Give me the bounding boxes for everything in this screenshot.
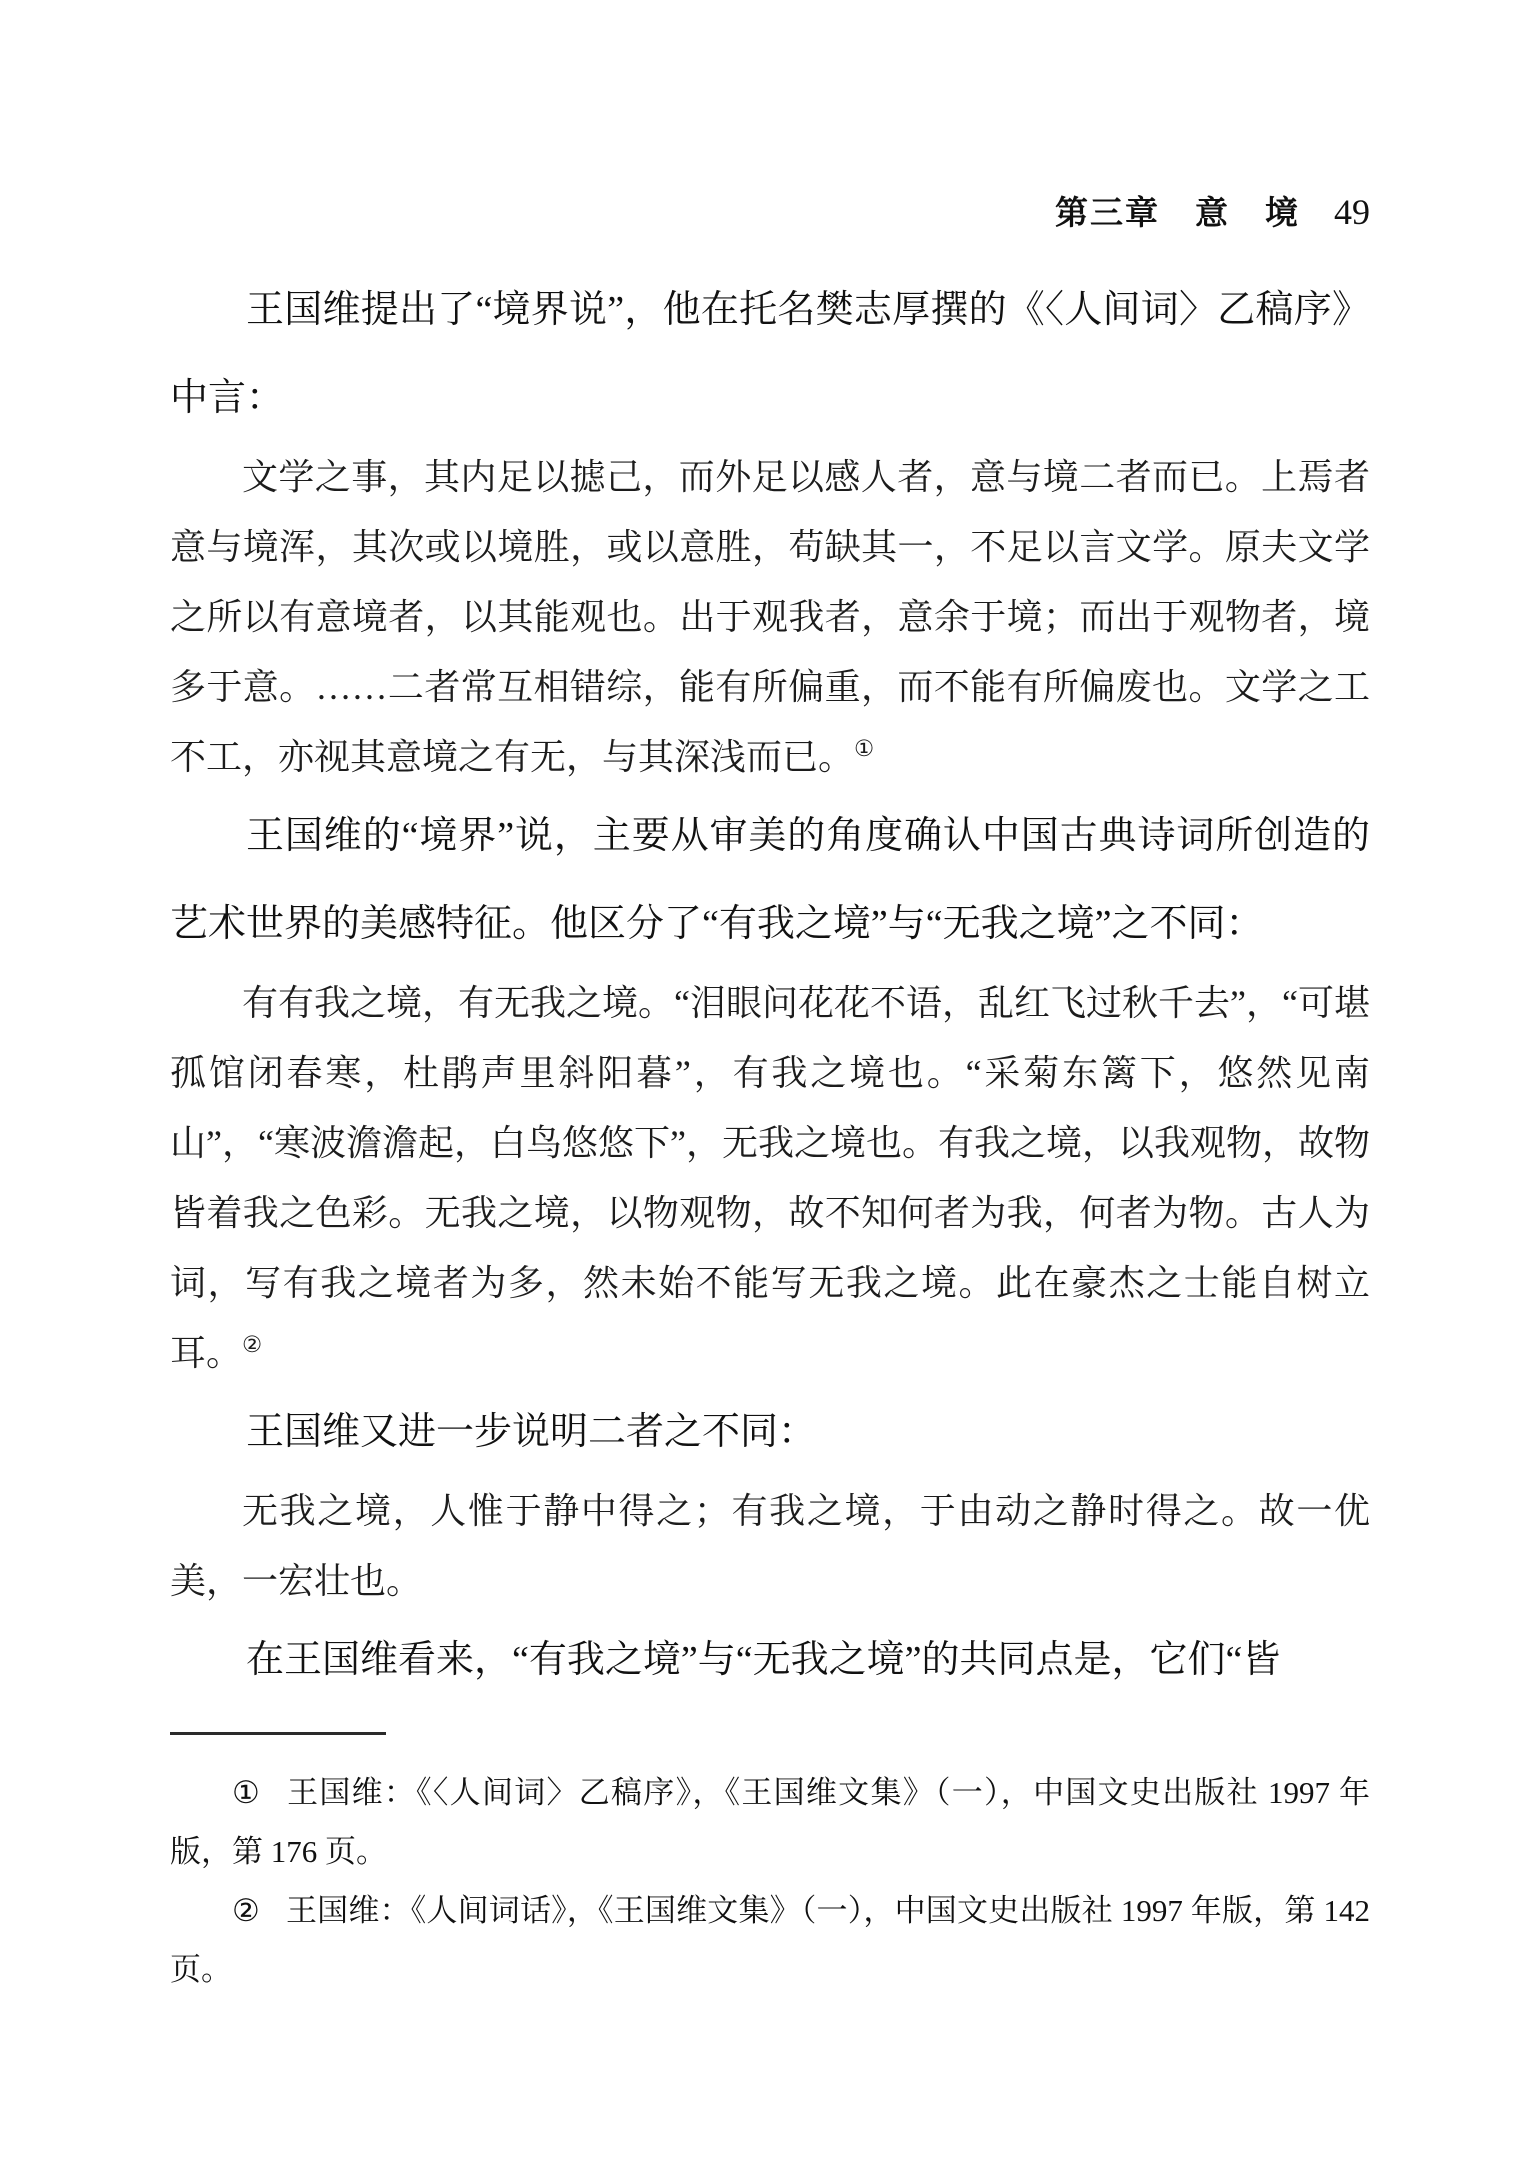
running-head: 第三章 意 境49 [170, 190, 1370, 242]
quote-3-text: 无我之境，人惟于静中得之；有我之境，于由动之静时得之。故一优美，一宏壮也。 [170, 1491, 1370, 1601]
quote-block-3: 无我之境，人惟于静中得之；有我之境，于由动之静时得之。故一优美，一宏壮也。 [170, 1476, 1370, 1616]
chapter-title: 第三章 意 境 [1055, 194, 1300, 231]
paragraph-3: 王国维又进一步说明二者之不同： [170, 1388, 1370, 1476]
paragraph-2: 王国维的“境界”说，主要从审美的角度确认中国古典诗词所创造的艺术世界的美感特征。… [170, 792, 1370, 968]
footnote-2: ②王国维：《人间词话》，《王国维文集》（一），中国文史出版社 1997 年版，第… [170, 1881, 1370, 1999]
footnote-divider [170, 1732, 386, 1735]
quote-1-text: 文学之事，其内足以摅己，而外足以感人者，意与境二者而已。上焉者意与境浑，其次或以… [170, 457, 1370, 777]
footnote-2-marker: ② [232, 1893, 260, 1928]
paragraph-4: 在王国维看来，“有我之境”与“无我之境”的共同点是，它们“皆 [170, 1616, 1370, 1704]
quote-block-1: 文学之事，其内足以摅己，而外足以感人者，意与境二者而已。上焉者意与境浑，其次或以… [170, 442, 1370, 792]
footnotes-section: ①王国维：《〈人间词〉乙稿序》，《王国维文集》（一），中国文史出版社 1997 … [170, 1700, 1370, 1999]
page-number: 49 [1334, 192, 1370, 232]
book-page: 第三章 意 境49 王国维提出了“境界说”，他在托名樊志厚撰的《〈人间词〉乙稿序… [0, 0, 1536, 2181]
quote-block-2: 有有我之境，有无我之境。“泪眼问花花不语，乱红飞过秋千去”，“可堪孤馆闭春寒，杜… [170, 968, 1370, 1388]
page-content: 第三章 意 境49 王国维提出了“境界说”，他在托名樊志厚撰的《〈人间词〉乙稿序… [170, 190, 1370, 1704]
footnote-1: ①王国维：《〈人间词〉乙稿序》，《王国维文集》（一），中国文史出版社 1997 … [170, 1763, 1370, 1881]
footnote-1-marker: ① [232, 1775, 261, 1810]
footnote-ref-1: ① [854, 736, 874, 761]
footnote-ref-2: ② [242, 1332, 262, 1357]
footnote-2-text: 王国维：《人间词话》，《王国维文集》（一），中国文史出版社 1997 年版，第 … [170, 1893, 1370, 1987]
footnote-1-text: 王国维：《〈人间词〉乙稿序》，《王国维文集》（一），中国文史出版社 1997 年… [170, 1775, 1370, 1869]
quote-2-text: 有有我之境，有无我之境。“泪眼问花花不语，乱红飞过秋千去”，“可堪孤馆闭春寒，杜… [170, 983, 1370, 1373]
paragraph-intro: 王国维提出了“境界说”，他在托名樊志厚撰的《〈人间词〉乙稿序》中言： [170, 266, 1370, 442]
